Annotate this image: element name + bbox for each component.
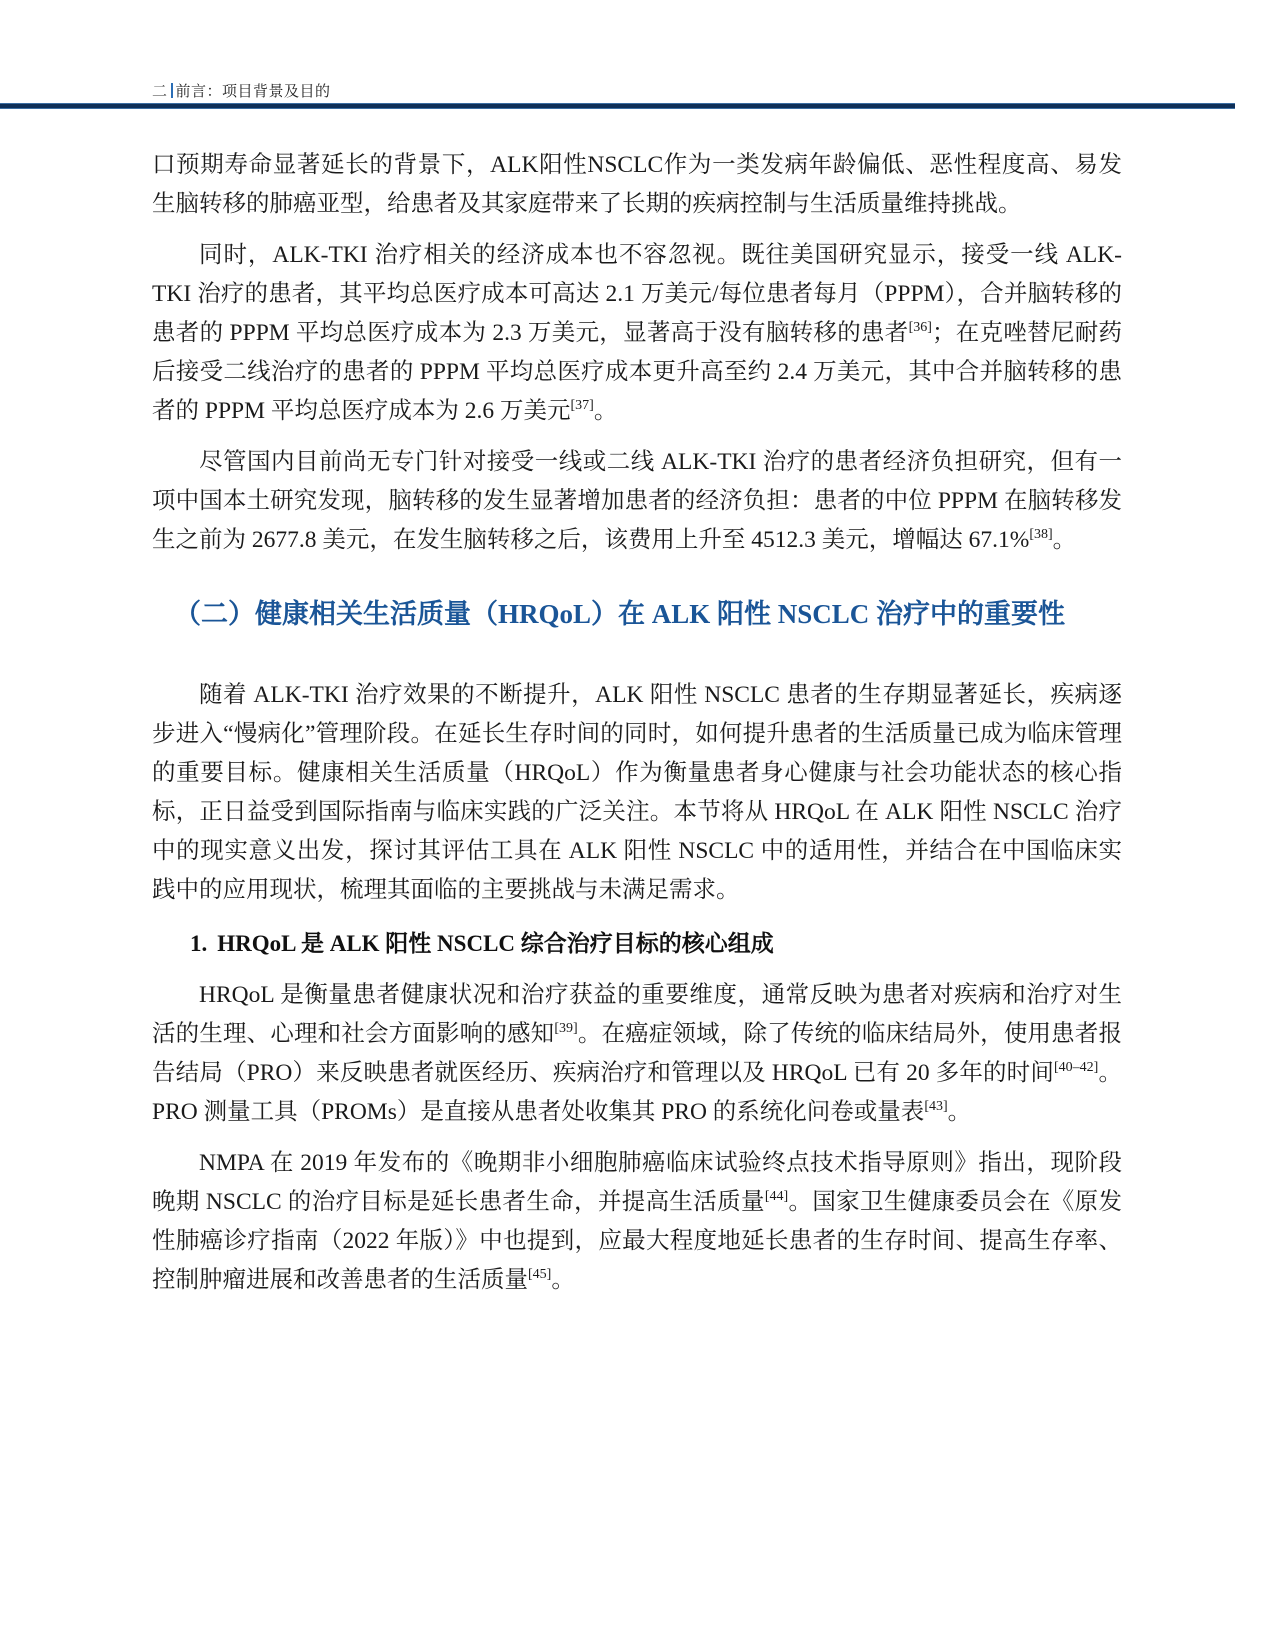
paragraph-text: 。 (551, 1267, 575, 1293)
citation-ref: [43] (924, 1099, 947, 1114)
paragraph-guidelines: NMPA 在 2019 年发布的《晚期非小细胞肺癌临床试验终点技术指导原则》指出… (152, 1144, 1122, 1300)
paragraph-text: 尽管国内目前尚无专门针对接受一线或二线 ALK-TKI 治疗的患者经济负担研究，… (152, 449, 1122, 553)
paragraph-text: 随着 ALK-TKI 治疗效果的不断提升，ALK 阳性 NSCLC 患者的生存期… (152, 682, 1122, 903)
citation-ref: [39] (554, 1021, 577, 1036)
section-number: （二） (174, 590, 255, 638)
paragraph-cost-china: 尽管国内目前尚无专门针对接受一线或二线 ALK-TKI 治疗的患者经济负担研究，… (152, 443, 1122, 560)
citation-ref: [45] (528, 1267, 551, 1282)
subsection-heading: 1.HRQoL 是 ALK 阳性 NSCLC 综合治疗目标的核心组成 (190, 924, 1122, 964)
header-separator-bar (171, 83, 173, 98)
subsection-number: 1. (190, 931, 207, 956)
citation-ref: [36] (909, 320, 932, 335)
page-content: 口预期寿命显著延长的背景下，ALK阳性NSCLC作为一类发病年龄偏低、恶性程度高… (152, 146, 1122, 1300)
section-heading: （二） 健康相关生活质量（HRQoL）在 ALK 阳性 NSCLC 治疗中的重要… (174, 590, 1122, 638)
chapter-title: 前言：项目背景及目的 (176, 84, 331, 100)
citation-ref: [37] (570, 398, 593, 413)
subsection-title: HRQoL 是 ALK 阳性 NSCLC 综合治疗目标的核心组成 (217, 931, 774, 956)
citation-ref: [38] (1029, 527, 1052, 542)
paragraph-text: 口预期寿命显著延长的背景下，ALK阳性NSCLC作为一类发病年龄偏低、恶性程度高… (152, 152, 1122, 217)
paragraph-hrqol-definition: HRQoL 是衡量患者健康状况和治疗获益的重要维度，通常反映为患者对疾病和治疗对… (152, 976, 1122, 1132)
section-title: 健康相关生活质量（HRQoL）在 ALK 阳性 NSCLC 治疗中的重要性 (255, 590, 1122, 638)
paragraph-cost-us: 同时，ALK-TKI 治疗相关的经济成本也不容忽视。既往美国研究显示，接受一线 … (152, 236, 1122, 431)
paragraph-text: 。 (1053, 527, 1077, 553)
paragraph-section-intro: 随着 ALK-TKI 治疗效果的不断提升，ALK 阳性 NSCLC 患者的生存期… (152, 676, 1122, 910)
paragraph-continued: 口预期寿命显著延长的背景下，ALK阳性NSCLC作为一类发病年龄偏低、恶性程度高… (152, 146, 1122, 224)
paragraph-text: 。 (594, 398, 618, 424)
citation-ref: [40–42] (1054, 1060, 1098, 1075)
paragraph-text: 。 (948, 1099, 972, 1125)
citation-ref: [44] (765, 1189, 788, 1204)
running-header: 二前言：项目背景及目的 (152, 80, 331, 101)
chapter-number: 二 (152, 84, 168, 100)
header-rule (0, 103, 1235, 109)
